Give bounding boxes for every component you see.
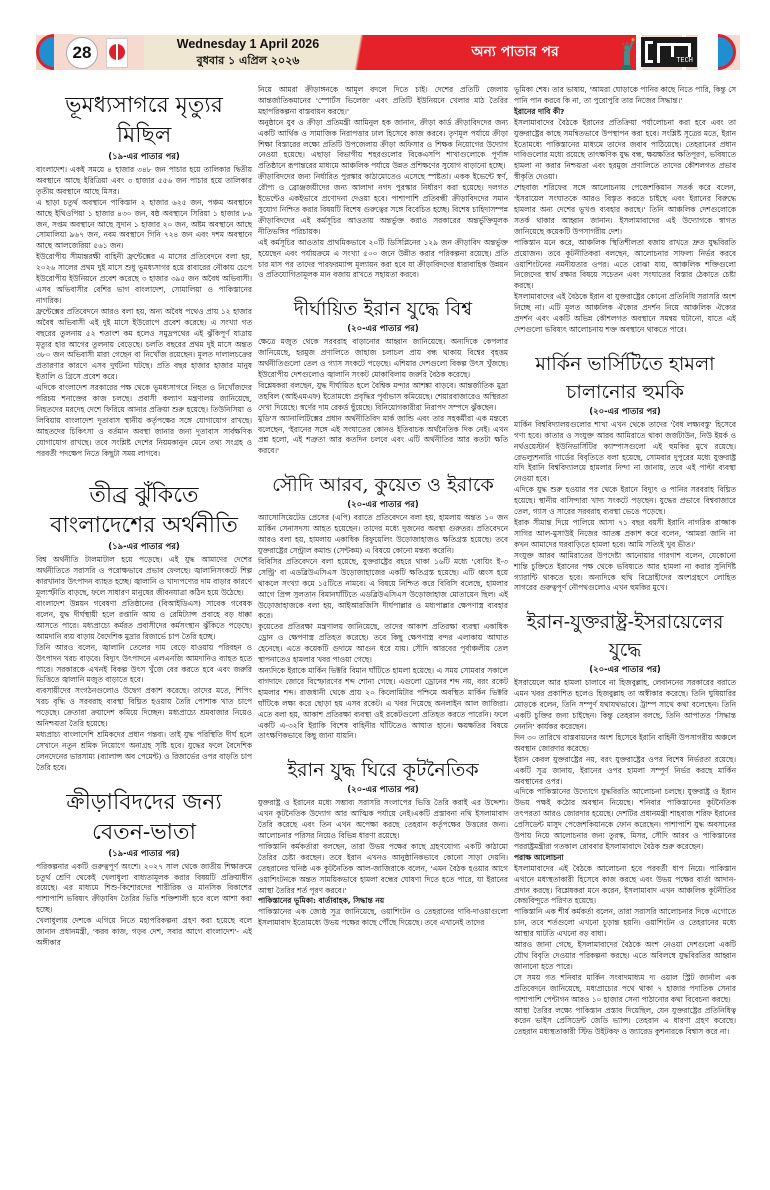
paragraph: বাংলাদেশ উন্নয়ন গবেষণা প্রতিষ্ঠানের (বি…	[36, 599, 252, 643]
headline: তীব্র ঝুঁকিতে বাংলাদেশের অর্থনীতি	[36, 481, 252, 541]
paragraph: তিনি আরও বলেন, জ্বালানি তেলের দাম বেড়ে …	[36, 643, 252, 687]
paragraph: পাকিস্তানের এক জ্যেষ্ঠ সূত্র জানিয়েছে, …	[258, 907, 508, 929]
paragraph: বিবিসির প্রতিবেদনে বলা হয়েছে, যুক্তরাষ্…	[258, 557, 508, 622]
paragraph: পাকিস্তানি কর্মকর্তারা বলছেন, তারা উভয় …	[258, 842, 508, 897]
bangladesh-flag-icon	[106, 38, 128, 68]
paragraph: নিয়ে আমরা ক্রীড়াঙ্গনকে আমূল বদলে দিতে …	[258, 85, 508, 118]
article-iran-us-israel-war: ইরান-যুক্তরাষ্ট্র-ইসরায়েলের যুদ্ধে (২০-…	[514, 608, 736, 1038]
paragraph: বিশ্লেষকরা বলছেন, যুদ্ধ দীর্ঘায়িত হলে ব…	[258, 381, 508, 414]
continued-from: (২০-এর পাতার পর)	[258, 784, 508, 796]
paragraph: কুয়েতের প্রতিরক্ষা মন্ত্রণালয় জানিয়েছ…	[258, 622, 508, 666]
column-left: ভূমধ্যসাগরে মৃত্যুর মিছিল (১৯-এর পাতার প…	[36, 85, 252, 949]
paragraph: খেলাধুলায় দেশকে এগিয়ে নিতে মহাপরিকল্পন…	[36, 916, 252, 949]
date-bengali: বুধবার ১ এপ্রিল ২০২৬	[148, 52, 348, 71]
paragraph: পরিকল্পনার একটি গুরুত্বপূর্ণ অংশে। ২০২৭ …	[36, 862, 252, 917]
paragraph: ক্ষেত্রে মজুত থেকে সরবরাহ বাড়ানোর আহ্বা…	[258, 337, 508, 381]
paragraph: মধ্যপ্রাচ্য বাংলাদেশি শ্রমিকদের প্রধান গ…	[36, 730, 252, 774]
continued-from: (১৯-এর পাতার পর)	[36, 541, 252, 553]
subheading: পরাক্ষ আলোচনা	[514, 853, 736, 864]
paragraph: সংযুক্ত আরব আমিরাতের উপদেষ্টা আনোয়ার গা…	[514, 551, 736, 595]
paragraph: শেহবাজ শরিফের সঙ্গে আলোচনায় পেজেশকিয়ান…	[514, 183, 736, 238]
paragraph: এদিকে পাকিস্তানের উদ্যোগে যুদ্ধবিরতি আলো…	[514, 787, 736, 852]
section-title: অন্য পাতার পর	[390, 40, 640, 64]
article-economy: তীব্র ঝুঁকিতে বাংলাদেশের অর্থনীতি (১৯-এর…	[36, 481, 252, 773]
newspaper-logo: TECH	[641, 37, 697, 67]
article-us-universities: মার্কিন ভার্সিটিতে হামলা চালানোর হুমকি (…	[514, 350, 736, 595]
continued-from: (১৯-এর পাতার পর)	[36, 848, 252, 860]
right-ornament-mask	[698, 34, 718, 70]
column-middle: নিয়ে আমরা ক্রীড়াঙ্গনকে আমূল বদলে দিতে …	[258, 85, 508, 929]
paragraph: বাংলাদেশ। একই সময়ে ৪ হাজার ৩৪৮ জন পাচার…	[36, 165, 252, 198]
paragraph: ইসলামাবাদের এই বৈঠকে ইরান বা যুক্তরাষ্ট্…	[514, 292, 736, 336]
paragraph: ফ্রন্টেক্সের প্রতিবেদনে আরও বলা হয়, অন্…	[36, 307, 252, 383]
paragraph: এদিকে যুদ্ধ শুরু হওয়ার পর থেকে ইরানে বি…	[514, 485, 736, 518]
headline: ক্রীড়াবিদদের জন্য বেতন-ভাতা	[36, 788, 252, 848]
paragraph: ইসলামাবাদের এই বৈঠকে আলোচনা হবে পরবর্তী …	[514, 864, 736, 908]
paragraph: আস্থা তৈরির লক্ষ্যে পাকিস্তান প্রস্তাব দ…	[514, 1006, 736, 1039]
paragraph: মার্কিন বিশ্ববিদ্যালয়গুলোর শাখা এখন থেক…	[514, 420, 736, 485]
paragraph: ইউরোপীয় সীমান্তরক্ষী বাহিনী ফ্রন্টেক্সে…	[36, 252, 252, 307]
paragraph: যুক্তরাষ্ট্র ও ইরানের মধ্যে সম্ভাব্য সরা…	[258, 798, 508, 842]
paragraph: অনুষ্ঠানে যুব ও ক্রীড়া প্রতিমন্ত্রী আমি…	[258, 118, 508, 173]
paragraph: অন্যদিকে ইরাকে মার্কিন ভিক্টরি বিমান ঘাঁ…	[258, 666, 508, 742]
paragraph: ইসলামাবাদের বৈঠকে ইরানের প্রতিক্রিয়া পর…	[514, 118, 736, 183]
paragraph: ব্যবসায়ীদের সংগঠনগুলোও উদ্বেগ প্রকাশ কর…	[36, 686, 252, 730]
continued-from: (২০-এর পাতার পর)	[258, 323, 508, 335]
paragraph: অ্যাসোসিয়েটেড প্রেসের (এপি) বরাতে প্রতি…	[258, 513, 508, 557]
headline: ইরান যুদ্ধ ঘিরে কূটনৈতিক	[258, 756, 508, 784]
page-number: 28	[66, 37, 98, 69]
logo-text: TECH	[676, 57, 693, 65]
article-mediterranean: ভূমধ্যসাগরে মৃত্যুর মিছিল (১৯-এর পাতার প…	[36, 91, 252, 459]
article-diplomacy-continued: ভূমিকা শেষ। তার ভাষায়, 'আমরা ঘোড়াকে পা…	[514, 85, 736, 336]
paragraph: মুডি'স অ্যানালিটিক্সের প্রধান অর্থনীতিবি…	[258, 414, 508, 458]
continued-from: (২০-এর পাতার পর)	[514, 406, 736, 418]
article-athletes: ক্রীড়াবিদদের জন্য বেতন-ভাতা (১৯-এর পাতা…	[36, 788, 252, 949]
paragraph: এই কর্মসূচির আওতায় প্রাথমিকভাবে ২০টি ডি…	[258, 238, 508, 282]
continued-from: (২০-এর পাতার পর)	[514, 664, 736, 676]
paragraph: আরও জানা গেছে, ইসলামাবাদের বৈঠকে অংশ নেও…	[514, 940, 736, 973]
article-diplomacy: ইরান যুদ্ধ ঘিরে কূটনৈতিক (২০-এর পাতার পর…	[258, 756, 508, 929]
paragraph: সে সময় গত শনিবার মার্কিন সংবাদমাধ্যম দ্…	[514, 973, 736, 1006]
paragraph: ইসরায়েলে আর হামলা চালাবে না হিজবুল্লাহ,…	[514, 678, 736, 733]
article-saudi-kuwait-iraq: সৌদি আরব, কুয়েত ও ইরাকে (২০-এর পাতার পর…	[258, 471, 508, 742]
paragraph: ইরাক সীমান্ত দিয়ে পালিয়ে আসা ৭১ বছর বয…	[514, 518, 736, 551]
headline: মার্কিন ভার্সিটিতে হামলা চালানোর হুমকি	[514, 350, 736, 406]
headline: ইরান-যুক্তরাষ্ট্র-ইসরায়েলের যুদ্ধে	[514, 608, 736, 664]
date-english: Wednesday 1 April 2026	[148, 37, 348, 51]
paragraph: ক্রীড়াবিদদের জন্য নির্ধারিত পুরস্কার কা…	[258, 172, 508, 237]
paragraph: পাকিস্তানি এক শীর্ষ কর্মকর্তা বলেন, তারা…	[514, 907, 736, 940]
paragraph: এ ছাড়া চতুর্থ অবস্থানে পাকিস্তান ২ হাজা…	[36, 198, 252, 253]
column-right: ভূমিকা শেষ। তার ভাষায়, 'আমরা ঘোড়াকে পা…	[514, 85, 736, 1038]
subheading: ইরানের দাবি কী?	[514, 107, 736, 118]
continued-from: (২০-এর পাতার পর)	[258, 499, 508, 511]
paragraph: এদিকে বাংলাদেশ সরকারের পক্ষ থেকে ভূমধ্যস…	[36, 383, 252, 459]
paragraph: দিন ৩০ তারিখে বাস্তবায়নের অংশ হিসেবে ইর…	[514, 733, 736, 755]
statue-of-liberty-icon	[611, 37, 641, 69]
headline: সৌদি আরব, কুয়েত ও ইরাকে	[258, 471, 508, 499]
headline: ভূমধ্যসাগরে মৃত্যুর মিছিল	[36, 91, 252, 151]
paragraph: ভূমিকা শেষ। তার ভাষায়, 'আমরা ঘোড়াকে পা…	[514, 85, 736, 107]
continued-from: (১৯-এর পাতার পর)	[36, 151, 252, 163]
paragraph: পাকিস্তান মনে করে, আঞ্চলিক স্থিতিশীলতা ব…	[514, 238, 736, 293]
paragraph: বিশ্ব অর্থনীতি টালমাটাল হয়ে পড়েছে। এই …	[36, 555, 252, 599]
article-athletes-continued: নিয়ে আমরা ক্রীড়াঙ্গনকে আমূল বদলে দিতে …	[258, 85, 508, 281]
headline: দীর্ঘায়িত ইরান যুদ্ধে বিশ্ব	[258, 295, 508, 323]
paragraph: ইরান কেবল যুক্তরাষ্ট্রের নয়, বরং যুক্তর…	[514, 755, 736, 788]
article-world-war: দীর্ঘায়িত ইরান যুদ্ধে বিশ্ব (২০-এর পাতা…	[258, 295, 508, 457]
subheading: পাকিস্তানের ভূমিকা: বার্তাবাহক, সিদ্ধান্…	[258, 896, 508, 907]
